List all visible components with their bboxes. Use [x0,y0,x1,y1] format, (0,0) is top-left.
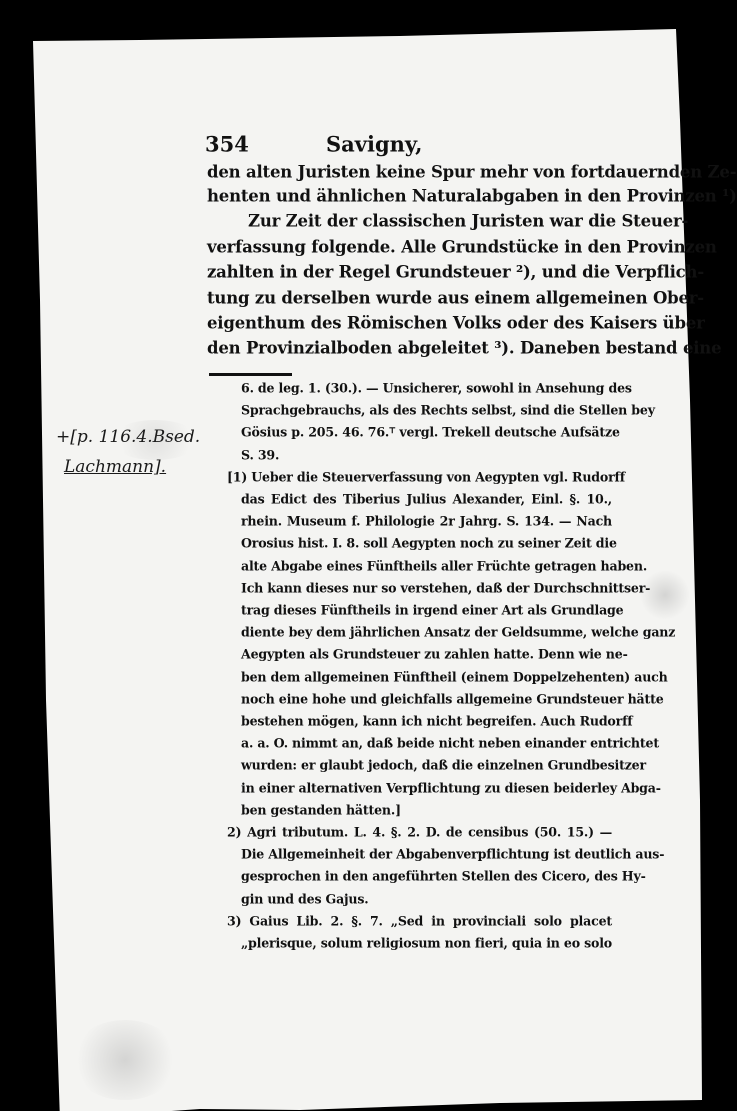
footnote-line: rhein. Museum f. Philologie 2r Jahrg. S.… [241,514,612,529]
footnote-line: in einer alternativen Verpflichtung zu d… [241,780,612,795]
body-line: henten und ähnlichen Naturalabgaben in d… [207,187,612,206]
page-number: 354 [205,132,249,157]
footnote-line: das Edict des Tiberius Julius Alexander,… [241,492,612,507]
footnote-line: 6. de leg. 1. (30.). — Unsicherer, sowoh… [241,381,612,396]
footnote-line: trag dieses Fünftheils in irgend einer A… [241,603,612,618]
body-line: eigenthum des Römischen Volks oder des K… [207,314,612,333]
body-line: verfassung folgende. Alle Grundstücke in… [207,238,612,257]
body-line: zahlten in der Regel Grundsteuer ²), und… [207,263,612,282]
footnote-line: Aegypten als Grundsteuer zu zahlen hatte… [241,647,612,662]
footnote-line: [1) Ueber die Steuerverfassung von Aegyp… [227,469,612,484]
footnote-line: Ich kann dieses nur so verstehen, daß de… [241,580,612,595]
footnote-line: 3) Gaius Lib. 2. §. 7. „Sed in provincia… [227,913,612,928]
footnote-line: ben gestanden hätten.] [241,802,612,817]
footnote-line: noch eine hohe und gleichfalls allgemein… [241,691,612,706]
footnote-line: 2) Agri tributum. L. 4. §. 2. D. de cens… [227,825,612,840]
footnote-line: Orosius hist. I. 8. soll Aegypten noch z… [241,536,612,551]
marginal-note-line-1: +[p. 116.4.Bsed. [56,427,200,447]
marginal-note-line-2: Lachmann]. [64,457,166,477]
footnote-line: Gösius p. 205. 46. 76.⸆ vergl. Trekell d… [241,424,612,441]
footnote-line: Die Allgemeinheit der Abgabenverpflichtu… [241,847,612,862]
footnote-line: gesprochen in den angeführten Stellen de… [241,869,612,884]
footnote-line: Sprachgebrauchs, als des Rechts selbst, … [241,403,612,418]
page-stain [70,1020,180,1100]
running-head: Savigny, [326,132,422,157]
footnote-line: „plerisque, solum religiosum non fieri, … [241,936,612,951]
footnote-line: ben dem allgemeinen Fünftheil (einem Dop… [241,669,612,684]
footnote-line: S. 39. [241,447,612,462]
footnote-line: gin und des Gajus. [241,891,612,906]
footnote-line: bestehen mögen, kann ich nicht begreifen… [241,714,612,729]
body-line: den alten Juristen keine Spur mehr von f… [207,163,612,182]
body-line: Zur Zeit der classischen Juristen war di… [248,212,612,231]
body-line: tung zu derselben wurde aus einem allgem… [207,289,612,308]
footnote-line: wurden: er glaubt jedoch, daß die einzel… [241,758,612,773]
footnote-rule [209,373,292,376]
footnote-line: diente bey dem jährlichen Ansatz der Gel… [241,625,612,640]
body-line: den Provinzialboden abgeleitet ³). Daneb… [207,339,612,358]
footnote-line: a. a. O. nimmt an, daß beide nicht neben… [241,736,612,751]
footnote-line: alte Abgabe eines Fünftheils aller Früch… [241,558,612,573]
